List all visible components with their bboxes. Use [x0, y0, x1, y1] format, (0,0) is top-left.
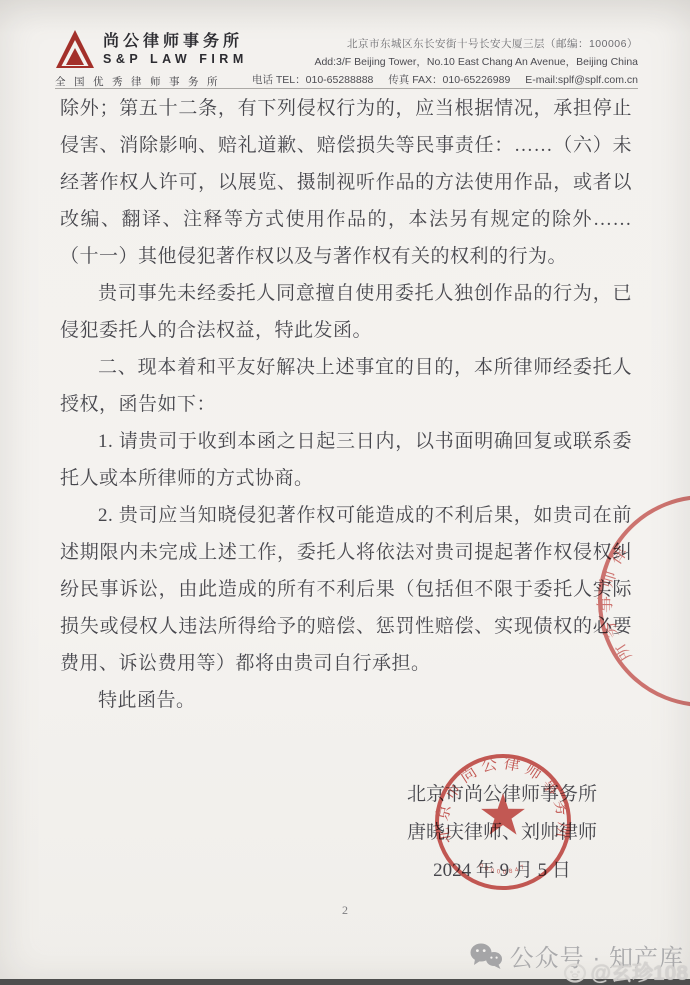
- watermark-face-icon: [563, 961, 587, 983]
- edge-seal-clip: 所务事师律: [584, 489, 690, 717]
- fax-number: 传真 FAX：010-65226989: [388, 74, 510, 86]
- firm-address-block: 北京市东城区东长安街十号长安大厦三层（邮编：100006） Add:3/F Be…: [252, 28, 638, 88]
- firm-official-seal: 北京市尚公律师事务所 00000847: [428, 748, 578, 898]
- weibo-watermark: @玄珍108: [563, 957, 688, 985]
- firm-name-cn: 尚公律师事务所: [103, 28, 248, 51]
- svg-text:所务事师律: 所务事师律: [596, 537, 635, 665]
- letter-body: 除外；第五十二条，有下列侵权行为的，应当根据情况，承担停止侵害、消除影响、赔礼道…: [60, 90, 632, 719]
- paragraph-demand-2: 2. 贵司应当知晓侵犯著作权可能造成的不利后果，如贵司在前述期限内未完成上述工作…: [60, 497, 632, 682]
- seal-star-icon: [481, 793, 525, 835]
- watermark-handle: @玄珍108: [590, 957, 688, 985]
- contact-line: 电话 TEL：010-65288888 传真 FAX：010-65226989 …: [252, 72, 638, 87]
- paragraph-law-citation: 除外；第五十二条，有下列侵权行为的，应当根据情况，承担停止侵害、消除影响、赔礼道…: [60, 90, 632, 275]
- wechat-icon: [469, 942, 503, 970]
- email-address: E-mail:splf@splf.com.cn: [525, 74, 638, 86]
- scanned-letter-page: 尚公律师事务所 S&P LAW FIRM 全国优秀律师事务所 北京市东城区东长安…: [0, 0, 690, 985]
- edge-paging-seal: 所务事师律: [584, 489, 690, 717]
- firm-tagline: 全国优秀律师事务所: [55, 74, 248, 89]
- tel-number: 电话 TEL：010-65288888: [252, 74, 373, 86]
- paragraph-demand-1: 1. 请贵司于收到本函之日起三日内，以书面明确回复或联系委托人或本所律师的方式协…: [60, 423, 632, 497]
- firm-name-en: S&P LAW FIRM: [103, 52, 248, 66]
- firm-logo-area: 尚公律师事务所 S&P LAW FIRM 全国优秀律师事务所: [55, 28, 248, 88]
- address-line-en: Add:3/F Beijing Tower，No.10 East Chang A…: [252, 54, 638, 69]
- page-number: 2: [0, 903, 690, 918]
- letterhead: 尚公律师事务所 S&P LAW FIRM 全国优秀律师事务所 北京市东城区东长安…: [55, 28, 638, 89]
- seal-serial-number: 00000847: [478, 863, 528, 875]
- paragraph-closing: 特此函告。: [60, 682, 632, 719]
- firm-triangle-logo-icon: [55, 28, 95, 70]
- address-line-cn: 北京市东城区东长安街十号长安大厦三层（邮编：100006）: [252, 36, 638, 51]
- paragraph-notice-intro: 二、现本着和平友好解决上述事宜的目的，本所律师经委托人授权，函告如下：: [60, 349, 632, 423]
- paragraph-infringement-claim: 贵司事先未经委托人同意擅自使用委托人独创作品的行为，已侵犯委托人的合法权益，特此…: [60, 275, 632, 349]
- edge-seal-ring-text: 所务事师律: [596, 537, 635, 665]
- svg-text:00000847: 00000847: [478, 863, 528, 875]
